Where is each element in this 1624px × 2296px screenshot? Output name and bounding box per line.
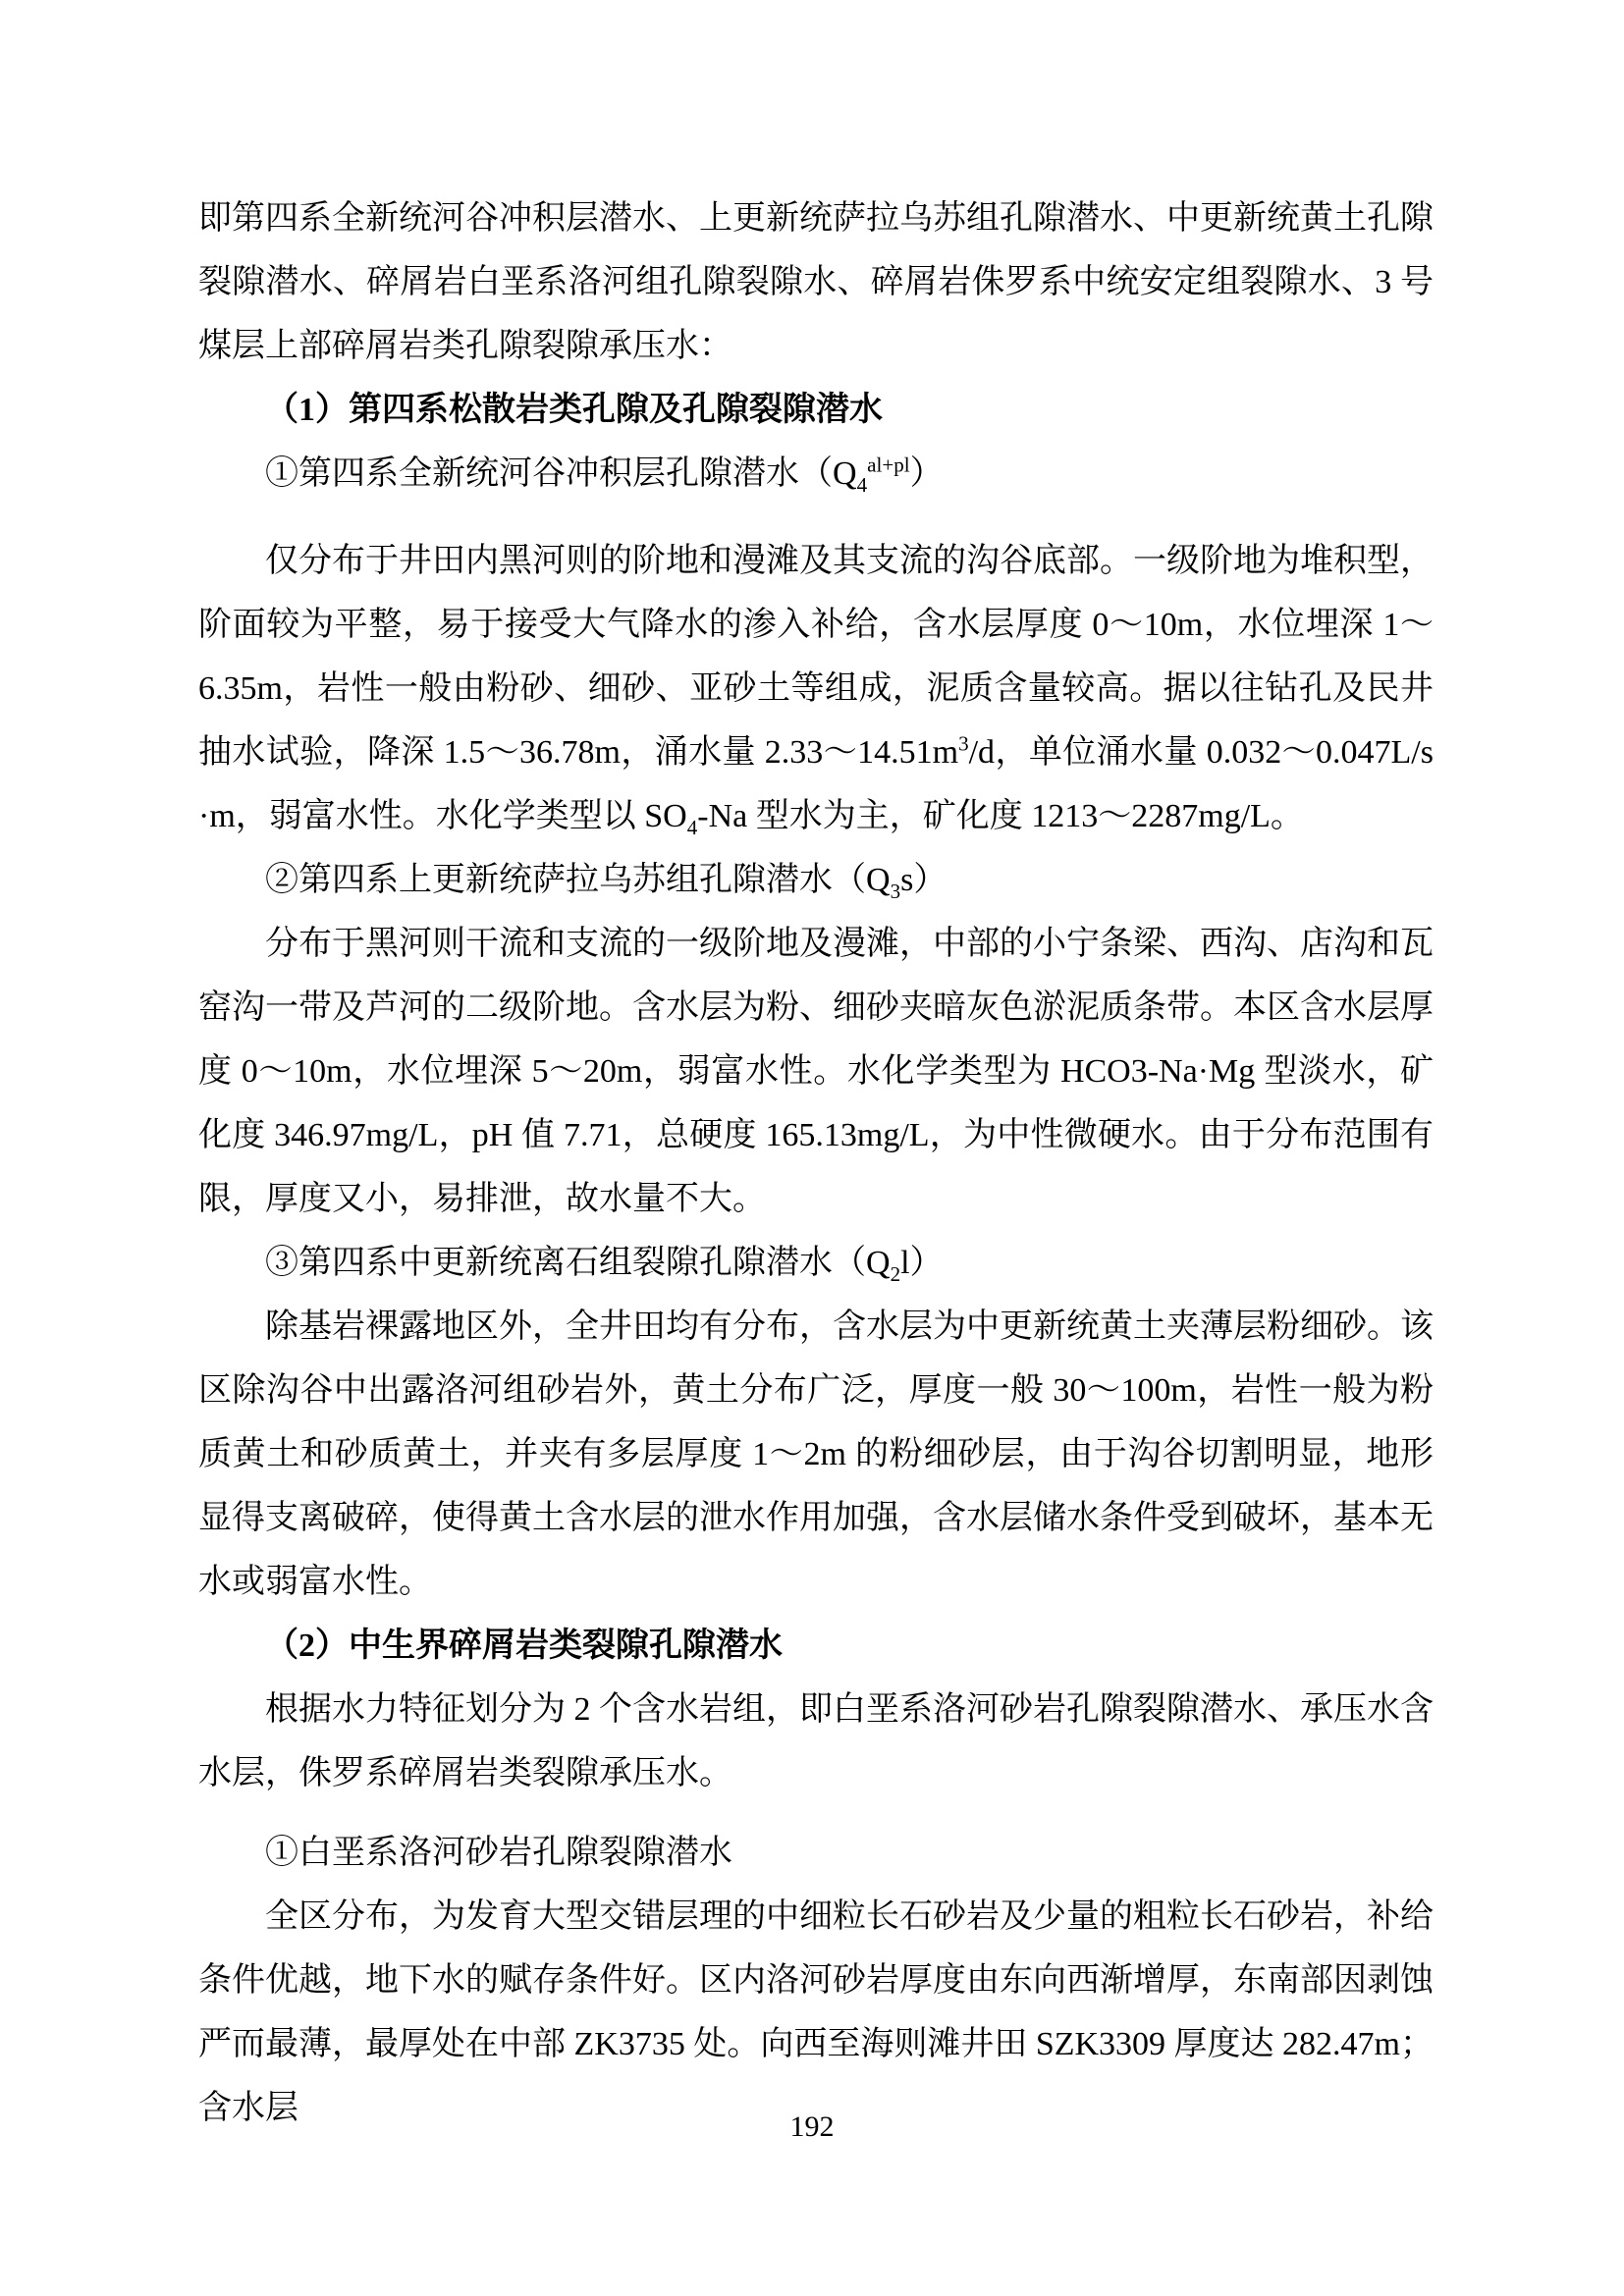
subscript-text: 2 <box>891 1262 901 1286</box>
paragraph: 除基岩裸露地区外，全井田均有分布，含水层为中更新统黄土夹薄层粉细砂。该区除沟谷中… <box>198 1295 1434 1614</box>
paragraph: ①第四系全新统河谷冲积层孔隙潜水（Q4al+pl） <box>198 442 1434 506</box>
section-heading: （1）第四系松散岩类孔隙及孔隙裂隙潜水 <box>198 378 1434 442</box>
paragraph: ③第四系中更新统离石组裂隙孔隙潜水（Q2l） <box>198 1231 1434 1295</box>
paragraph: 全区分布，为发育大型交错层理的中细粒长石砂岩及少量的粗粒长石砂岩，补给条件优越，… <box>198 1885 1434 2140</box>
page-number: 192 <box>790 2110 835 2143</box>
paragraph: 分布于黑河则干流和支流的一级阶地及漫滩，中部的小宁条梁、西沟、店沟和瓦窑沟一带及… <box>198 912 1434 1231</box>
paragraph: 根据水力特征划分为 2 个含水岩组，即白垩系洛河砂岩孔隙裂隙潜水、承压水含水层，… <box>198 1678 1434 1805</box>
subscript-text: 4 <box>687 816 698 839</box>
superscript-text: al+pl <box>867 454 910 477</box>
paragraph: ②第四系上更新统萨拉乌苏组孔隙潜水（Q3s） <box>198 848 1434 912</box>
superscript-text: 3 <box>958 732 969 756</box>
subscript-text: 3 <box>891 880 901 903</box>
paragraph: ①白垩系洛河砂岩孔隙裂隙潜水 <box>198 1821 1434 1885</box>
paragraph: 仅分布于井田内黑河则的阶地和漫滩及其支流的沟谷底部。一级阶地为堆积型，阶面较为平… <box>198 529 1434 848</box>
paragraph: 即第四系全新统河谷冲积层潜水、上更新统萨拉乌苏组孔隙潜水、中更新统黄土孔隙裂隙潜… <box>198 187 1434 378</box>
document-page: { "page": { "background": "#ffffff", "te… <box>0 0 1624 2296</box>
document-body: 即第四系全新统河谷冲积层潜水、上更新统萨拉乌苏组孔隙潜水、中更新统黄土孔隙裂隙潜… <box>198 187 1434 2140</box>
page-footer: 192 <box>0 2110 1624 2144</box>
section-heading: （2）中生界碎屑岩类裂隙孔隙潜水 <box>198 1614 1434 1678</box>
subscript-text: 4 <box>857 473 868 497</box>
